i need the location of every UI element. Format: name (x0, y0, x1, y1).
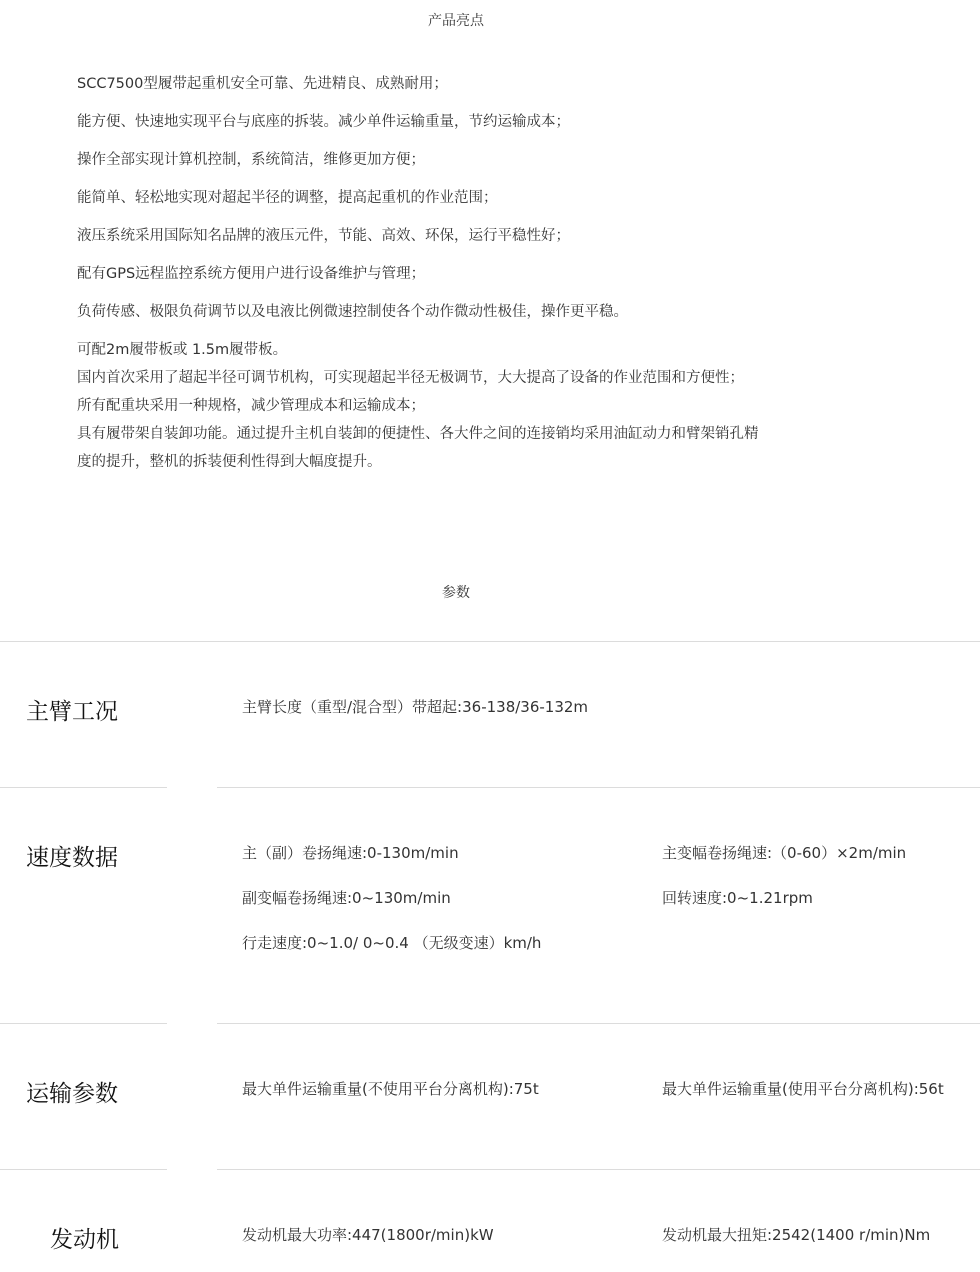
param-item: 行走速度:0~1.0/ 0~0.4 （无级变速）km/h (242, 932, 541, 953)
divider (217, 1169, 980, 1170)
highlight-line: 度的提升，整机的拆装便利性得到大幅度提升。 (77, 450, 857, 478)
param-item: 发动机最大功率:447(1800r/min)kW (242, 1224, 494, 1245)
params-title: 参数 (0, 582, 912, 602)
param-section-label: 主臂工况 (26, 693, 118, 726)
highlight-line: SCC7500型履带起重机安全可靠、先进精良、成熟耐用； (77, 72, 857, 110)
divider (0, 641, 980, 642)
param-item: 主（副）卷扬绳速:0-130m/min (242, 842, 459, 863)
highlight-line: 具有履带架自装卸功能。通过提升主机自装卸的便捷性、各大件之间的连接销均采用油缸动… (77, 422, 857, 450)
param-item: 最大单件运输重量(不使用平台分离机构):75t (242, 1078, 539, 1099)
divider (0, 787, 167, 788)
highlight-line: 国内首次采用了超起半径可调节机构，可实现超起半径无极调节，大大提高了设备的作业范… (77, 366, 857, 394)
divider (217, 787, 980, 788)
divider (0, 1169, 167, 1170)
highlights-title: 产品亮点 (0, 10, 912, 30)
param-item: 发动机最大扭矩:2542(1400 r/min)Nm (662, 1224, 930, 1245)
highlight-line: 能方便、快速地实现平台与底座的拆装。减少单件运输重量，节约运输成本； (77, 110, 857, 148)
highlight-line: 负荷传感、极限负荷调节以及电液比例微速控制使各个动作微动性极佳，操作更平稳。 (77, 300, 857, 338)
param-item: 主臂长度（重型/混合型）带超起:36-138/36-132m (242, 696, 588, 717)
highlight-line: 操作全部实现计算机控制，系统简洁，维修更加方便； (77, 148, 857, 186)
param-item: 最大单件运输重量(使用平台分离机构):56t (662, 1078, 944, 1099)
param-section-label: 运输参数 (26, 1075, 118, 1108)
highlight-line: 可配2m履带板或 1.5m履带板。 (77, 338, 857, 366)
param-section-label: 发动机 (50, 1221, 119, 1254)
highlight-line: 配有GPS远程监控系统方便用户进行设备维护与管理； (77, 262, 857, 300)
highlight-line: 液压系统采用国际知名品牌的液压元件，节能、高效、环保，运行平稳性好； (77, 224, 857, 262)
highlights-list: SCC7500型履带起重机安全可靠、先进精良、成熟耐用； 能方便、快速地实现平台… (77, 72, 857, 478)
param-section-label: 速度数据 (26, 839, 118, 872)
highlight-line: 所有配重块采用一种规格，减少管理成本和运输成本； (77, 394, 857, 422)
highlight-line: 能简单、轻松地实现对超起半径的调整，提高起重机的作业范围； (77, 186, 857, 224)
param-item: 回转速度:0~1.21rpm (662, 887, 813, 908)
param-item: 副变幅卷扬绳速:0~130m/min (242, 887, 451, 908)
divider (217, 1023, 980, 1024)
divider (0, 1023, 167, 1024)
param-item: 主变幅卷扬绳速:（0-60）×2m/min (662, 842, 906, 863)
